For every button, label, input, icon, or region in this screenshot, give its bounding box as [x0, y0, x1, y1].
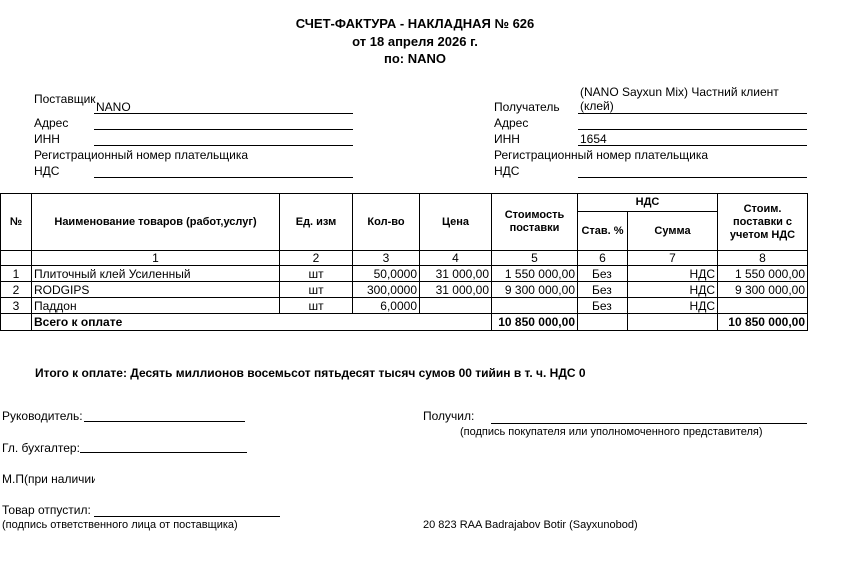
- director-signature-line: [84, 421, 245, 422]
- row-total: [718, 298, 808, 314]
- supplier-address-underline: [94, 129, 353, 130]
- row-qty: 50,0000: [353, 266, 420, 282]
- row-total: 1 550 000,00: [718, 266, 808, 282]
- received-note: (подпись покупателя или уполномоченного …: [460, 426, 763, 438]
- header-nds-group: НДС: [578, 194, 718, 212]
- total-empty: [1, 314, 32, 331]
- footer-info: 20 823 RAA Badrajabov Botir (Sayxunobod): [423, 519, 638, 531]
- row-unit: шт: [280, 266, 353, 282]
- recipient-address-underline: [578, 129, 807, 130]
- supplier-nds-underline: [94, 177, 353, 178]
- column-number: 7: [628, 251, 718, 266]
- total-label: Всего к оплате: [32, 314, 492, 331]
- released-label: Товар отпустил:: [2, 503, 91, 517]
- row-cost: [492, 298, 578, 314]
- header-cost: Стоимость поставки: [492, 194, 578, 251]
- supplier-underline: [94, 113, 353, 114]
- column-number: 8: [718, 251, 808, 266]
- row-num: 2: [1, 282, 32, 298]
- row-name: Паддон: [32, 298, 280, 314]
- total-nds-rate: [578, 314, 628, 331]
- header-name: Наименование товаров (работ,услуг): [32, 194, 280, 251]
- row-nds-sum: НДС: [628, 282, 718, 298]
- payment-summary: Итого к оплате: Десять миллионов восемьс…: [35, 366, 586, 380]
- row-num: 1: [1, 266, 32, 282]
- table-row: 2 RODGIPS шт 300,0000 31 000,00 9 300 00…: [1, 282, 808, 298]
- received-label: Получил:: [423, 409, 474, 423]
- total-with-nds: 10 850 000,00: [718, 314, 808, 331]
- recipient-nds-underline: [578, 177, 807, 178]
- recipient-underline: [578, 113, 807, 114]
- row-nds-rate: Без: [578, 282, 628, 298]
- header-nds-sum: Сумма: [628, 212, 718, 251]
- stamp-label: М.П(при наличии: [2, 472, 95, 486]
- row-qty: 6,0000: [353, 298, 420, 314]
- row-price: 31 000,00: [420, 266, 492, 282]
- row-name: Плиточный клей Усиленный: [32, 266, 280, 282]
- supplier-label: Поставщик: [34, 92, 96, 106]
- row-cost: 1 550 000,00: [492, 266, 578, 282]
- recipient-value-line2: (клей): [580, 99, 614, 113]
- table-row: 3 Паддон шт 6,0000 Без НДС: [1, 298, 808, 314]
- recipient-inn-value: 1654: [580, 132, 607, 146]
- total-row: Всего к оплате 10 850 000,00 10 850 000,…: [1, 314, 808, 331]
- header-num: №: [1, 194, 32, 251]
- recipient-value-line1: (NANO Sayxun Mix) Частний клиент: [580, 85, 779, 99]
- row-unit: шт: [280, 298, 353, 314]
- received-signature-line: [491, 423, 807, 424]
- header-price: Цена: [420, 194, 492, 251]
- accountant-signature-line: [80, 452, 247, 453]
- column-number: 2: [280, 251, 353, 266]
- recipient-inn-label: ИНН: [494, 132, 520, 146]
- column-number: 3: [353, 251, 420, 266]
- row-nds-sum: НДС: [628, 266, 718, 282]
- header-nds-rate: Став. %: [578, 212, 628, 251]
- column-number: 5: [492, 251, 578, 266]
- recipient-label: Получатель: [494, 100, 560, 114]
- invoice-table: № Наименование товаров (работ,услуг) Ед.…: [0, 193, 808, 331]
- column-number-row: 1 2 3 4 5 6 7 8: [1, 251, 808, 266]
- supplier-inn-underline: [94, 145, 353, 146]
- row-num: 3: [1, 298, 32, 314]
- column-number: 6: [578, 251, 628, 266]
- row-price: [420, 298, 492, 314]
- recipient-reg-label: Регистрационный номер плательщика: [494, 148, 708, 162]
- header-total-with-nds: Стоим. поставки с учетом НДС: [718, 194, 808, 251]
- supplier-address-label: Адрес: [34, 116, 68, 130]
- row-cost: 9 300 000,00: [492, 282, 578, 298]
- released-note: (подпись ответственного лица от поставщи…: [2, 519, 238, 531]
- supplier-value: NANO: [96, 100, 131, 114]
- header-unit: Ед. изм: [280, 194, 353, 251]
- total-nds-sum: [628, 314, 718, 331]
- document-title: СЧЕТ-ФАКТУРА - НАКЛАДНАЯ № 626: [0, 16, 830, 31]
- released-signature-line: [94, 516, 280, 517]
- accountant-label: Гл. бухгалтер:: [2, 441, 80, 455]
- supplier-nds-label: НДС: [34, 164, 59, 178]
- recipient-inn-underline: [578, 145, 807, 146]
- row-qty: 300,0000: [353, 282, 420, 298]
- column-number: 4: [420, 251, 492, 266]
- director-label: Руководитель:: [2, 409, 83, 423]
- supplier-inn-label: ИНН: [34, 132, 60, 146]
- header-qty: Кол-во: [353, 194, 420, 251]
- column-number: 1: [32, 251, 280, 266]
- supplier-reg-label: Регистрационный номер плательщика: [34, 148, 248, 162]
- recipient-address-label: Адрес: [494, 116, 528, 130]
- document-date: от 18 апреля 2026 г.: [0, 34, 830, 49]
- document-by: по: NANO: [0, 51, 830, 66]
- row-unit: шт: [280, 282, 353, 298]
- row-total: 9 300 000,00: [718, 282, 808, 298]
- table-row: 1 Плиточный клей Усиленный шт 50,0000 31…: [1, 266, 808, 282]
- row-name: RODGIPS: [32, 282, 280, 298]
- row-price: 31 000,00: [420, 282, 492, 298]
- row-nds-rate: Без: [578, 266, 628, 282]
- row-nds-rate: Без: [578, 298, 628, 314]
- row-nds-sum: НДС: [628, 298, 718, 314]
- total-cost: 10 850 000,00: [492, 314, 578, 331]
- column-number: [1, 251, 32, 266]
- recipient-nds-label: НДС: [494, 164, 519, 178]
